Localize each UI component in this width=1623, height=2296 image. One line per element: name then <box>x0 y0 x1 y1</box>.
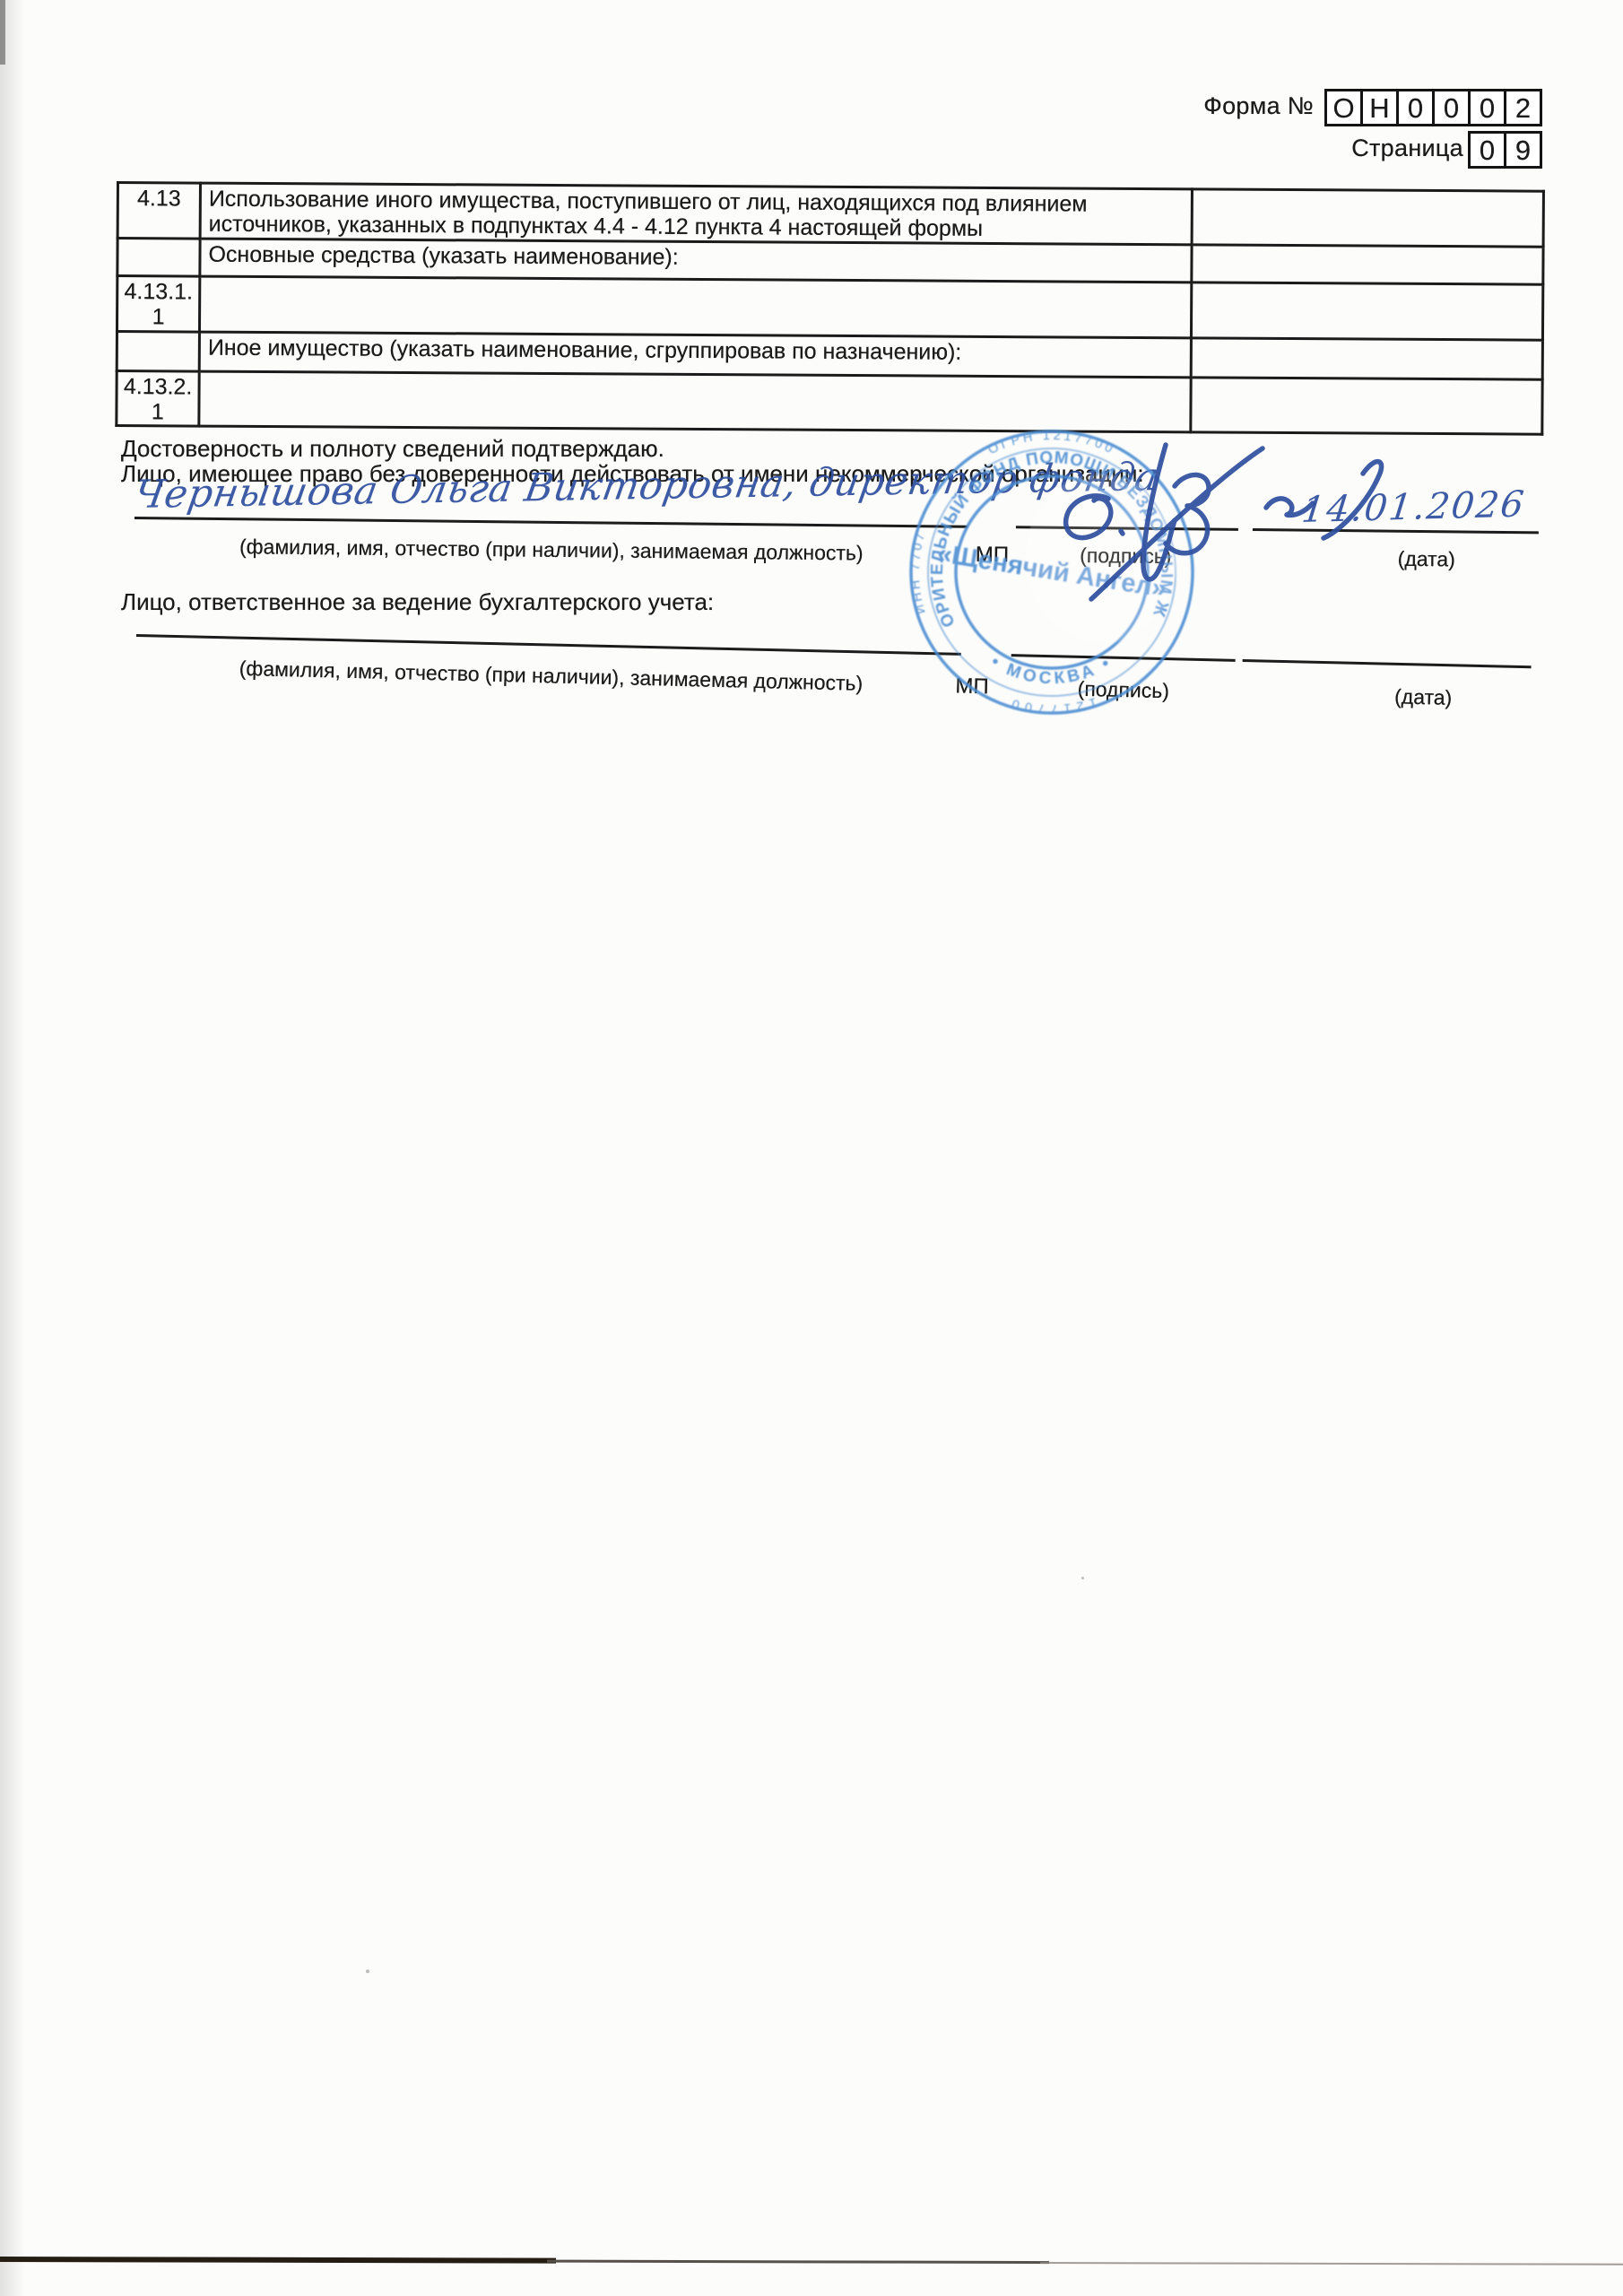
form-code-cell: Н <box>1360 89 1399 126</box>
stamp-inn-text: ИНН 7707 <box>908 529 929 616</box>
row-label-cell <box>199 276 1191 338</box>
signature-downstroke <box>1143 445 1175 579</box>
table-row: 4.13.2. 1 <box>117 371 1542 435</box>
form-code-cell: 2 <box>1504 89 1542 126</box>
stamp-bottom-digits: 1217700 <box>1005 694 1098 716</box>
name-line <box>136 634 961 656</box>
scan-corner-artifact <box>0 0 5 65</box>
page-number-cell: 9 <box>1504 131 1542 169</box>
row-value-cell <box>1191 378 1542 434</box>
row-value-cell <box>1191 338 1542 379</box>
row-number-cell <box>117 332 199 372</box>
signature-letter-v-bumps <box>1166 474 1209 552</box>
row-label-cell: Иное имущество (указать наименование, сг… <box>199 332 1191 378</box>
scan-speck <box>1081 1577 1084 1579</box>
signature-slash <box>1091 448 1263 599</box>
date-line <box>1243 659 1532 668</box>
form-number-label: Форма № <box>1076 92 1314 120</box>
svg-text:ИНН 7707: ИНН 7707 <box>908 529 929 616</box>
signature-dot <box>1121 531 1123 534</box>
scan-edge-dark <box>0 2257 556 2264</box>
svg-text:1217700: 1217700 <box>1005 694 1098 716</box>
table-row: 4.13.1. 1 <box>117 276 1542 341</box>
row-number-cell: 4.13.1. 1 <box>117 276 199 333</box>
signature-s-flourish <box>1324 462 1382 538</box>
handwritten-signature <box>1022 429 1408 635</box>
table-row: 4.13 Использование иного имущества, пост… <box>117 183 1543 248</box>
row-label-cell: Использование иного имущества, поступивш… <box>200 183 1192 245</box>
name-caption: (фамилия, имя, отчество (при наличии), з… <box>135 534 968 567</box>
scan-edge-mid <box>547 2260 1049 2264</box>
row-value-cell <box>1192 189 1543 247</box>
row-value-cell <box>1192 245 1543 284</box>
page-number-label: Страница <box>1211 135 1463 162</box>
form-code-cell: О <box>1324 89 1363 126</box>
form-code-cell: 0 <box>1432 89 1471 126</box>
scan-bottom-edge <box>0 2257 1623 2270</box>
row-number-cell: 4.13.2. 1 <box>117 371 199 427</box>
name-line <box>135 517 968 528</box>
accountant-statement: Лицо, ответственное за ведение бухгалтер… <box>121 589 714 614</box>
row-label-cell: Основные средства (указать наименование)… <box>200 239 1192 283</box>
signature-letter-o <box>1066 496 1111 538</box>
page-number-boxes: 0 9 <box>1468 131 1542 169</box>
form-code-cell: 0 <box>1396 89 1435 126</box>
form-code-cell: 0 <box>1468 89 1506 126</box>
signature-squiggle <box>1266 499 1313 515</box>
row-number-cell: 4.13 <box>117 183 200 239</box>
scan-speck <box>366 1970 369 1973</box>
property-usage-table: 4.13 Использование иного имущества, пост… <box>115 181 1545 436</box>
row-number-cell <box>117 239 200 277</box>
scan-left-shadow <box>0 0 25 2296</box>
date-caption: (дата) <box>1338 683 1509 712</box>
page-number-cell: 0 <box>1468 131 1506 169</box>
name-caption: (фамилия, имя, отчество (при наличии), з… <box>134 654 968 699</box>
form-number-boxes: О Н 0 0 0 2 <box>1324 89 1542 126</box>
row-value-cell <box>1191 283 1542 340</box>
signature-captions-row-2: (фамилия, имя, отчество (при наличии), з… <box>135 654 1539 688</box>
scan-edge-faint <box>1040 2262 1623 2266</box>
scanned-form-page: Форма № О Н 0 0 0 2 Страница 0 9 4.13 Ис… <box>0 0 1623 2296</box>
